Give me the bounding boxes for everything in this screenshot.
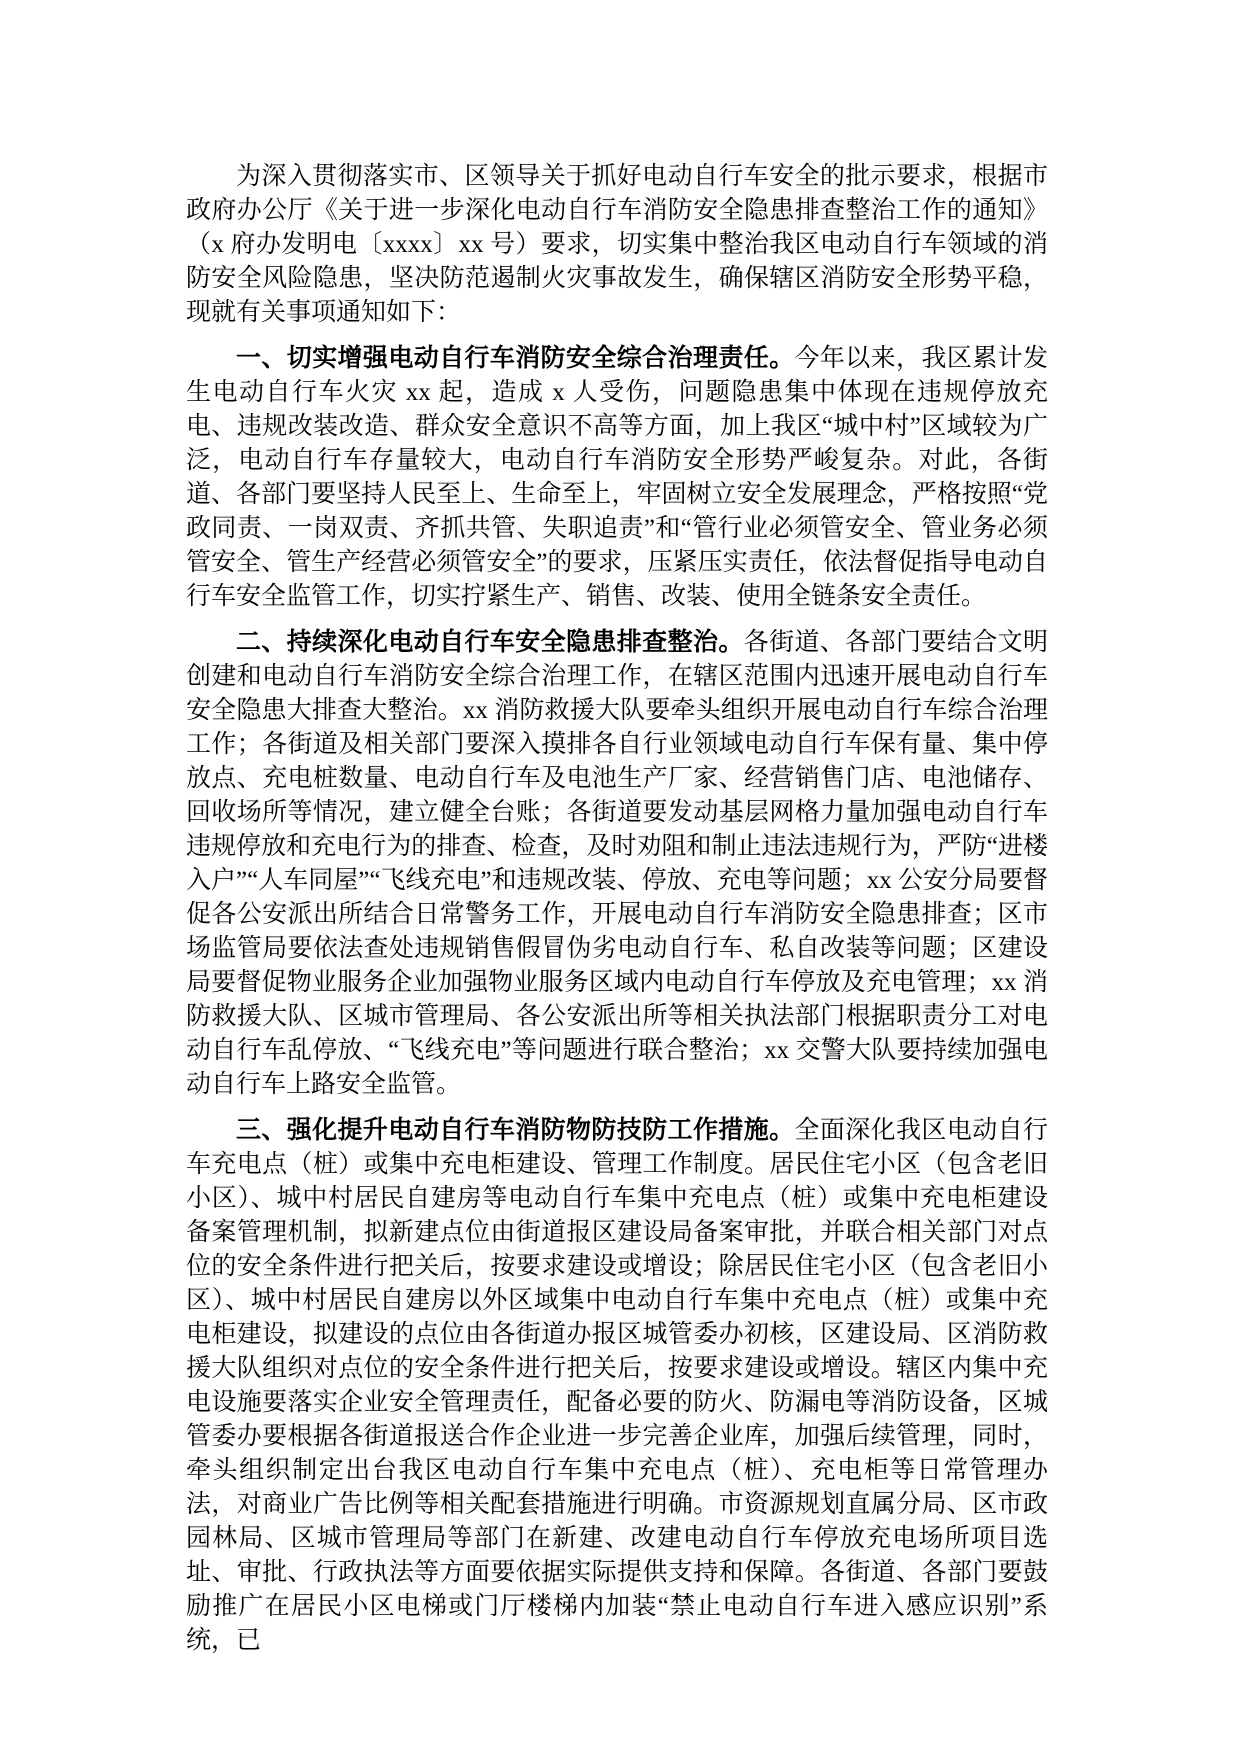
intro-paragraph: 为深入贯彻落实市、区领导关于抓好电动自行车安全的批示要求，根据市政府办公厅《关于… <box>186 160 1048 330</box>
section-1-heading: 一、切实增强电动自行车消防安全综合治理责任。 <box>236 345 795 372</box>
section-1-paragraph: 一、切实增强电动自行车消防安全综合治理责任。今年以来，我区累计发生电动自行车火灾… <box>186 342 1048 614</box>
section-3-body: 全面深化我区电动自行车充电点（桩）或集中充电柜建设、管理工作制度。居民住宅小区（… <box>186 1117 1048 1654</box>
section-1-body: 今年以来，我区累计发生电动自行车火灾 xx 起，造成 x 人受伤，问题隐患集中体… <box>186 345 1048 610</box>
document-page: 为深入贯彻落实市、区领导关于抓好电动自行车安全的批示要求，根据市政府办公厅《关于… <box>0 0 1240 1754</box>
section-2-heading: 二、持续深化电动自行车安全隐患排查整治。 <box>236 629 744 656</box>
section-3-heading: 三、强化提升电动自行车消防物防技防工作措施。 <box>236 1117 795 1144</box>
section-2-paragraph: 二、持续深化电动自行车安全隐患排查整治。各街道、各部门要结合文明创建和电动自行车… <box>186 626 1048 1102</box>
section-2-body: 各街道、各部门要结合文明创建和电动自行车消防安全综合治理工作，在辖区范围内迅速开… <box>186 629 1048 1098</box>
section-3-paragraph: 三、强化提升电动自行车消防物防技防工作措施。全面深化我区电动自行车充电点（桩）或… <box>186 1114 1048 1658</box>
